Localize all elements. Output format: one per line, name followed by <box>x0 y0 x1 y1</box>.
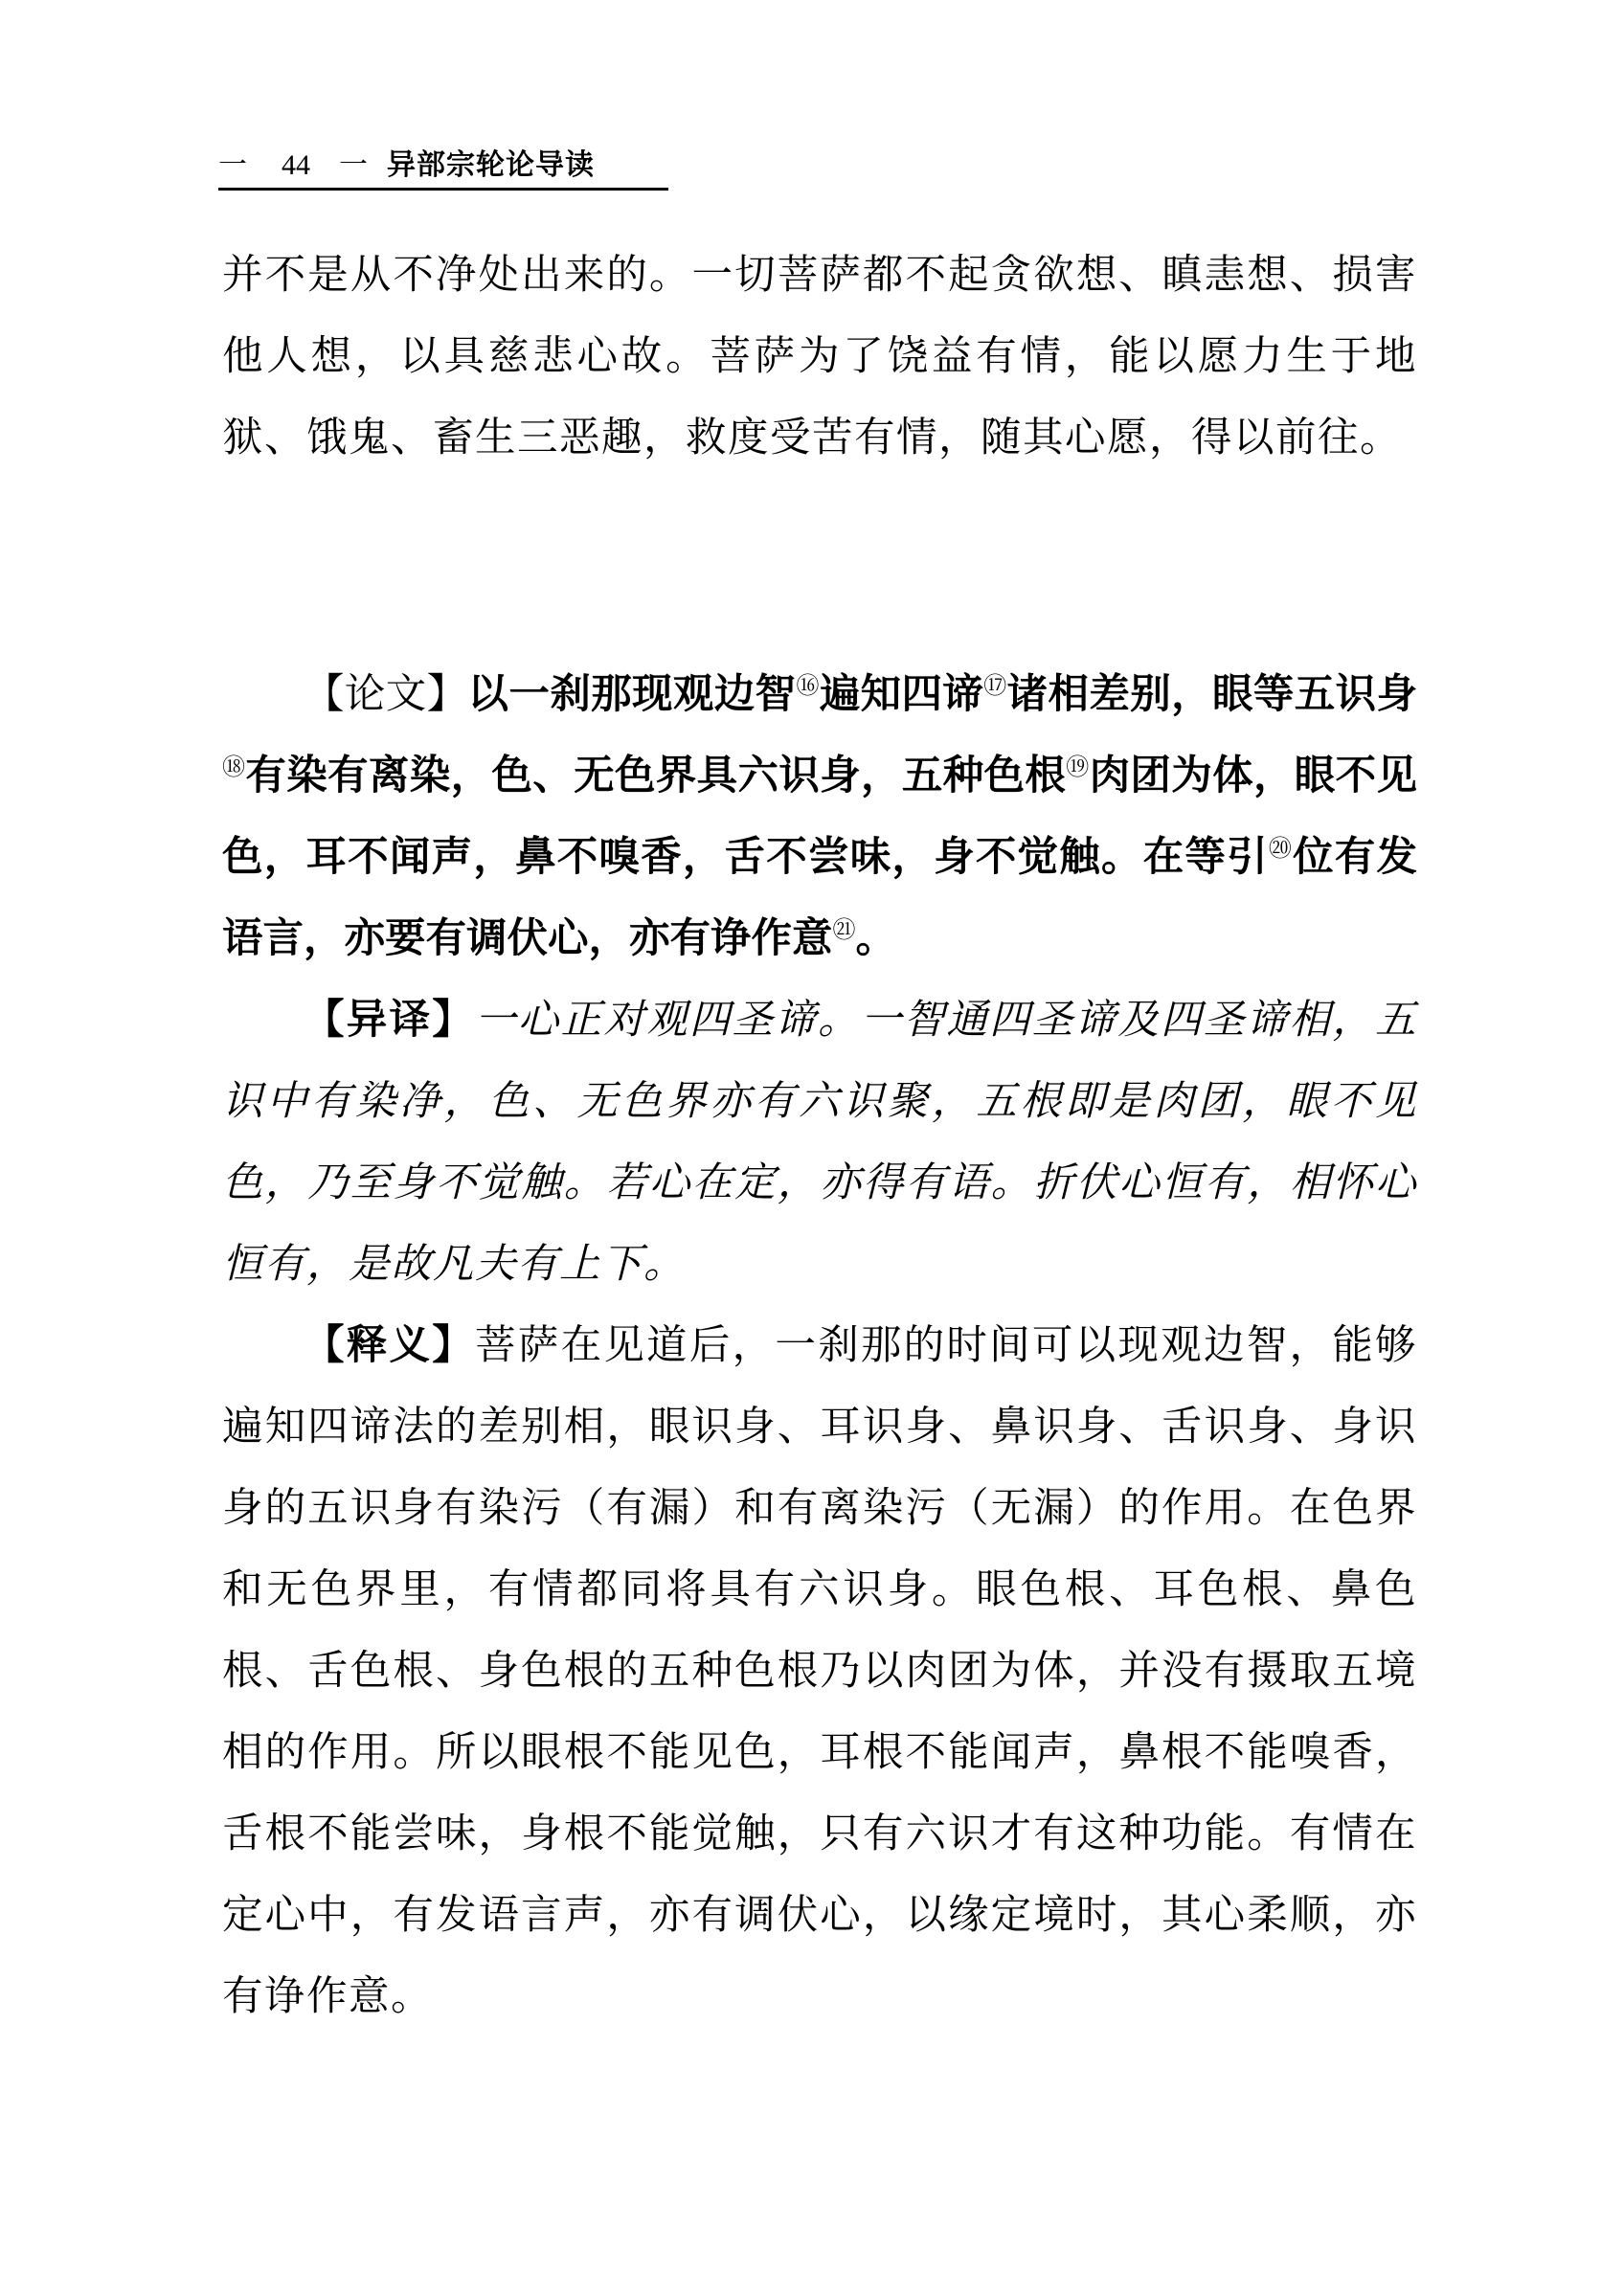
footnote-marker: ⑯ <box>796 672 819 699</box>
lunwen-section: 【论文】以一刹那现观边智⑯遍知四谛⑰诸相差别，眼等五识身⑱有染有离染，色、无色界… <box>222 654 1417 979</box>
lunwen-text: 诸相差别，眼等五识身 <box>1007 671 1417 718</box>
shiyi-text: 菩萨在见道后，一刹那的时间可以现观边智，能够遍知四谛法的差别相，眼识身、耳识身、… <box>222 1322 1417 2020</box>
running-header: 一44一异部宗轮论导读 <box>218 144 668 191</box>
lunwen-text: 。 <box>856 915 897 962</box>
footnote-marker: ⑲ <box>1066 754 1089 780</box>
footnote-marker: ㉑ <box>833 916 856 943</box>
shiyi-label: 【释义】 <box>304 1321 475 1369</box>
header-dash-right: 一 <box>339 144 373 188</box>
page-number: 44 <box>282 144 310 188</box>
lunwen-paragraph: 【论文】以一刹那现观边智⑯遍知四谛⑰诸相差别，眼等五识身⑱有染有离染，色、无色界… <box>222 654 1417 979</box>
header-dash-left: 一 <box>218 144 253 188</box>
footnote-marker: ⑰ <box>983 672 1006 699</box>
footnote-marker: ⑳ <box>1269 835 1293 862</box>
footnote-marker: ⑱ <box>222 754 245 780</box>
yiyi-section: 【异译】一心正对观四圣谛。一智通四圣谛及四圣谛相，五识中有染净，色、无色界亦有六… <box>222 979 1417 1305</box>
lunwen-text: 以一刹那现观边智 <box>467 671 796 718</box>
yiyi-label: 【异译】 <box>304 996 475 1044</box>
lunwen-label: 【论文】 <box>304 671 467 718</box>
lunwen-text: 有染有离染，色、无色界具六识身，五种色根 <box>245 753 1066 799</box>
lunwen-text: 遍知四谛 <box>820 671 983 718</box>
book-title: 异部宗轮论导读 <box>387 148 595 182</box>
shiyi-section: 【释义】菩萨在见道后，一刹那的时间可以现观边智，能够遍知四谛法的差别相，眼识身、… <box>222 1305 1417 2037</box>
continuation-paragraph: 并不是从不净处出来的。一切菩萨都不起贪欲想、瞋恚想、损害他人想，以具慈悲心故。菩… <box>222 235 1417 479</box>
shiyi-paragraph: 【释义】菩萨在见道后，一刹那的时间可以现观边智，能够遍知四谛法的差别相，眼识身、… <box>222 1305 1417 2037</box>
continuation-section: 并不是从不净处出来的。一切菩萨都不起贪欲想、瞋恚想、损害他人想，以具慈悲心故。菩… <box>222 235 1417 479</box>
yiyi-paragraph: 【异译】一心正对观四圣谛。一智通四圣谛及四圣谛相，五识中有染净，色、无色界亦有六… <box>222 979 1417 1305</box>
